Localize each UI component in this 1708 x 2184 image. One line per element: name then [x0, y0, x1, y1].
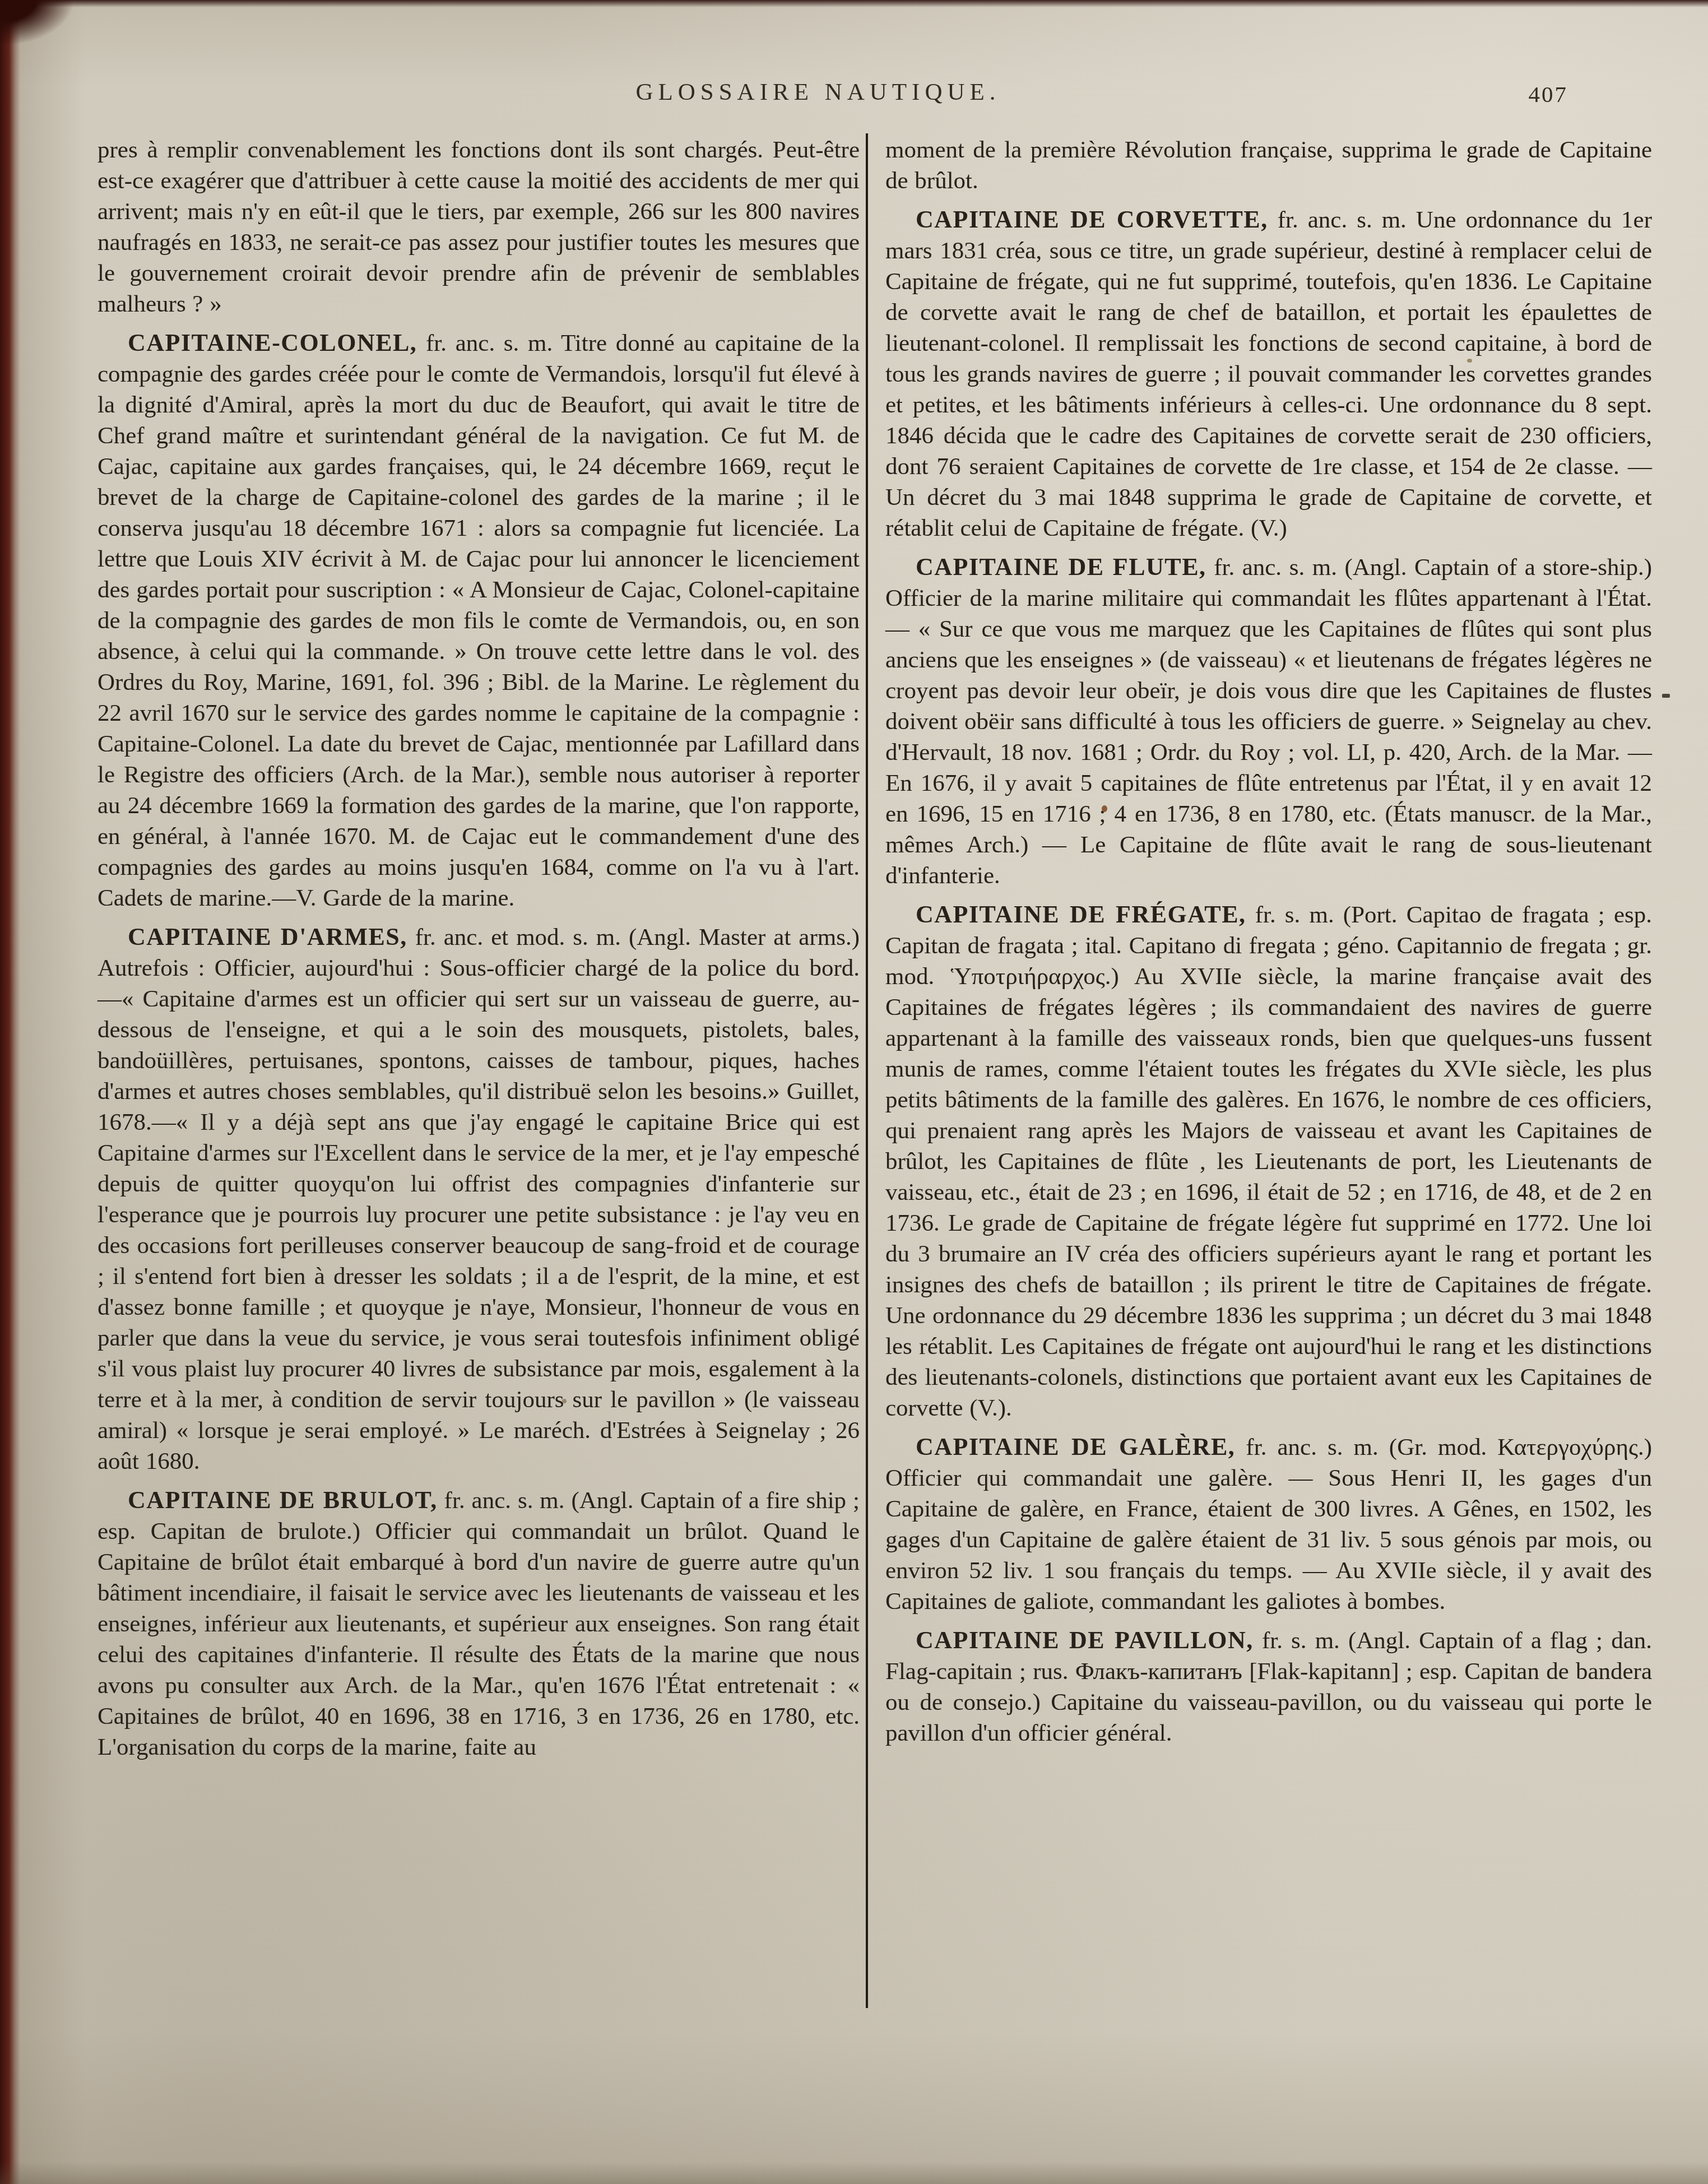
entry-headword: CAPITAINE-COLONEL, [128, 329, 417, 356]
scanned-book-page: GLOSSAIRE NAUTIQUE. 407 pres à remplir c… [0, 0, 1708, 2184]
entry-paragraph: CAPITAINE DE CORVETTE, fr. anc. s. m. Un… [885, 204, 1652, 544]
ink-speck [1102, 805, 1107, 812]
column-left: pres à remplir convenablement les foncti… [98, 135, 860, 1763]
entry-headword: CAPITAINE DE FLUTE, [916, 553, 1206, 581]
book-binding-edge [0, 0, 20, 2184]
entry-paragraph: CAPITAINE-COLONEL, fr. anc. s. m. Titre … [98, 327, 860, 914]
column-divider-rule [866, 133, 868, 2008]
entry-paragraph: CAPITAINE D'ARMES, fr. anc. et mod. s. m… [98, 921, 860, 1477]
page-bottom-shadow [0, 2162, 1708, 2184]
ink-speck [562, 1399, 567, 1403]
entry-paragraph: CAPITAINE DE GALÈRE, fr. anc. s. m. (Gr.… [885, 1431, 1652, 1617]
entry-paragraph: CAPITAINE DE FLUTE, fr. anc. s. m. (Angl… [885, 551, 1652, 891]
entry-headword: CAPITAINE D'ARMES, [128, 923, 407, 950]
entry-paragraph: CAPITAINE DE PAVILLON, fr. s. m. (Angl. … [885, 1625, 1652, 1749]
entry-paragraph: CAPITAINE DE FRÉGATE, fr. s. m. (Port. C… [885, 899, 1652, 1423]
entry-headword: CAPITAINE DE PAVILLON, [916, 1626, 1254, 1654]
continuation-paragraph: moment de la première Révolution françai… [885, 135, 1652, 196]
entry-headword: CAPITAINE DE CORVETTE, [916, 206, 1268, 233]
page-top-shadow [0, 0, 1708, 7]
entry-headword: CAPITAINE DE BRULOT, [128, 1486, 438, 1514]
entry-headword: CAPITAINE DE FRÉGATE, [916, 901, 1246, 928]
running-head-title: GLOSSAIRE NAUTIQUE. [0, 78, 1636, 106]
page-number: 407 [1529, 81, 1568, 108]
column-right: moment de la première Révolution françai… [885, 135, 1652, 1749]
continuation-paragraph: pres à remplir convenablement les foncti… [98, 135, 860, 319]
binding-corner-shadow [0, 0, 73, 45]
ink-speck [1662, 694, 1670, 698]
entry-headword: CAPITAINE DE GALÈRE, [916, 1433, 1235, 1460]
entry-paragraph: CAPITAINE DE BRULOT, fr. anc. s. m. (Ang… [98, 1485, 860, 1763]
ink-speck [1467, 359, 1472, 363]
